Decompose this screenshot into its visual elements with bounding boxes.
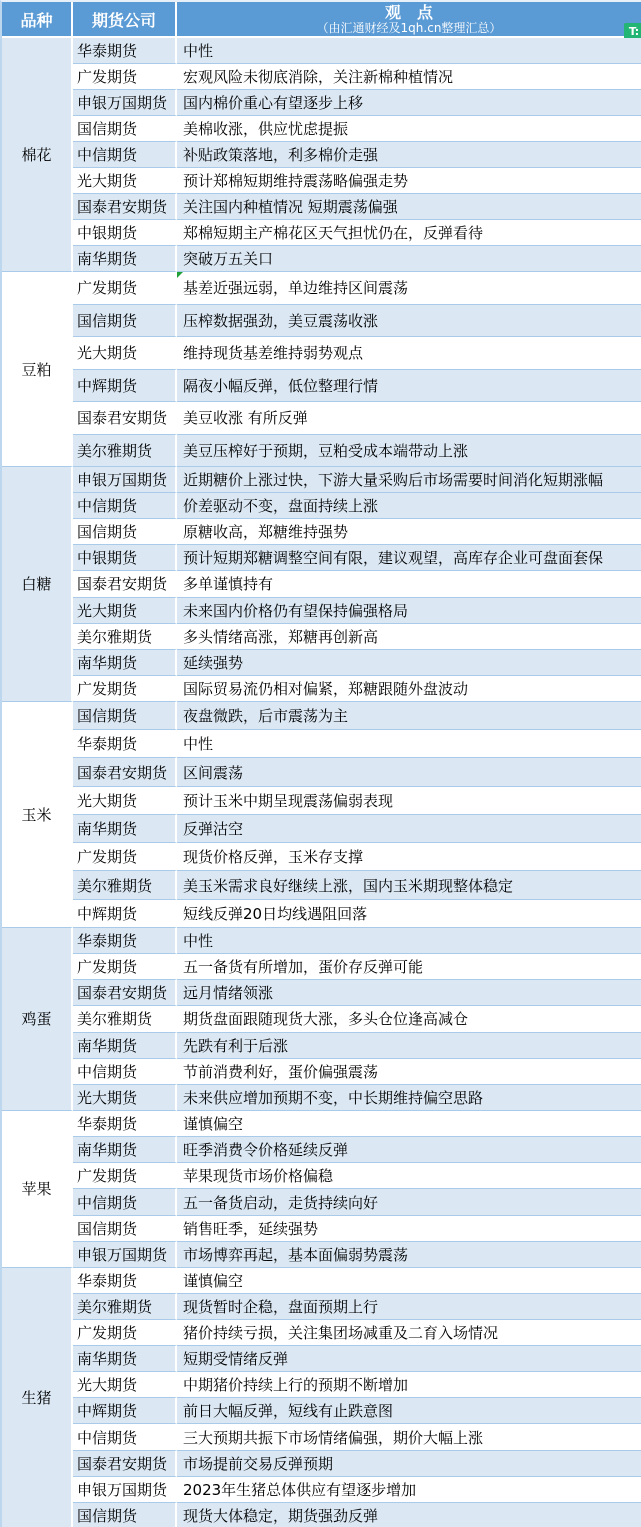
opinion-cell: 突破万五关口 [177,246,641,272]
opinion-text: 节前消费利好，蛋价偏强震荡 [183,1061,378,1082]
variety-cell: 棉花 [2,38,73,272]
opinion-text: 预计玉米中期呈现震荡偏弱表现 [183,790,393,811]
company-cell: 南华期货 [73,1137,177,1163]
opinion-text: 郑棉短期主产棉花区天气担忧仍在，反弹看待 [183,222,483,243]
opinion-cell: 未来国内价格仍有望保持偏强格局 [177,598,641,624]
variety-cell: 生猪 [2,1268,73,1527]
company-cell: 南华期货 [73,1033,177,1059]
company-cell: 光大期货 [73,1085,177,1111]
opinion-cell: 前日大幅反弹，短线有止跌意图 [177,1398,641,1424]
company-cell: 南华期货 [73,246,177,272]
opinion-text: 远月情绪领涨 [183,982,273,1003]
futures-opinions-table: 品种 期货公司 观 点 （由汇通财经及1qh.cn整理汇总） T: 棉花华泰期货… [0,0,641,1527]
opinion-cell: 三大预期共振下市场情绪偏强，期价大幅上涨 [177,1424,641,1450]
opinion-text: 美豆压榨好于预期，豆粕受成本端带动上涨 [183,440,468,461]
opinion-cell: 短线反弹20日均线遇阻回落 [177,900,641,928]
company-cell: 中信期货 [73,1059,177,1085]
company-cell: 南华期货 [73,650,177,676]
company-cell: 国信期货 [73,1216,177,1242]
opinion-cell: 五一备货启动，走货持续向好 [177,1189,641,1215]
opinion-text: 现货价格反弹，玉米存支撑 [183,846,363,867]
company-cell: 中信期货 [73,142,177,168]
company-cell: 国泰君安期货 [73,758,177,786]
commodity-section: 苹果华泰期货谨慎偏空南华期货旺季消费令价格延续反弹广发期货苹果现货市场价格偏稳中… [2,1111,641,1268]
opinion-text: 销售旺季，延续强势 [183,1218,318,1239]
variety-cell: 鸡蛋 [2,928,73,1111]
opinion-text: 延续强势 [183,652,243,673]
opinion-cell: 苹果现货市场价格偏稳 [177,1163,641,1189]
header-variety: 品种 [2,2,73,36]
opinion-cell: 补贴政策落地，利多棉价走强 [177,142,641,168]
opinion-text: 美棉收涨，供应忧虑提振 [183,118,348,139]
company-cell: 国泰君安期货 [73,980,177,1006]
opinion-text: 中性 [183,930,213,951]
company-cell: 南华期货 [73,1346,177,1372]
opinion-cell: 关注国内种植情况 短期震荡偏强 [177,194,641,220]
opinion-text: 谨慎偏空 [183,1113,243,1134]
opinion-cell: 原糖收高，郑糖维持强势 [177,519,641,545]
company-cell: 华泰期货 [73,1111,177,1137]
opinion-cell: 期货盘面跟随现货大涨，多头仓位逢高减仓 [177,1006,641,1032]
company-cell: 国泰君安期货 [73,571,177,597]
opinion-cell: 先跌有利于后涨 [177,1033,641,1059]
company-cell: 广发期货 [73,1163,177,1189]
opinion-text: 隔夜小幅反弹，低位整理行情 [183,375,378,396]
opinion-cell: 2023年生猪总体供应有望逐步增加 [177,1477,641,1503]
opinion-text: 压榨数据强劲，美豆震荡收涨 [183,310,378,331]
header-opinion-title: 观 点 [385,5,433,21]
header-opinion: 观 点 （由汇通财经及1qh.cn整理汇总） T: [177,2,641,36]
opinion-cell: 宏观风险未彻底消除，关注新棉种植情况 [177,64,641,90]
opinion-cell: 预计玉米中期呈现震荡偏弱表现 [177,787,641,815]
opinion-cell: 远月情绪领涨 [177,980,641,1006]
commodity-section: 豆粕广发期货基差近强远弱，单边维持区间震荡国信期货压榨数据强劲，美豆震荡收涨光大… [2,272,641,467]
opinion-cell: 价差驱动不变，盘面持续上涨 [177,493,641,519]
company-cell: 广发期货 [73,64,177,90]
opinion-text: 短期受情绪反弹 [183,1348,288,1369]
opinion-cell: 维持现货基差维持弱势观点 [177,337,641,370]
company-cell: 中银期货 [73,220,177,246]
opinion-cell: 近期糖价上涨过快，下游大量采购后市场需要时间消化短期涨幅 [177,467,641,493]
opinion-text: 维持现货基差维持弱势观点 [183,342,363,363]
company-cell: 光大期货 [73,787,177,815]
opinion-cell: 中性 [177,928,641,954]
company-cell: 国泰君安期货 [73,194,177,220]
company-cell: 国泰君安期货 [73,1451,177,1477]
opinion-text: 市场提前交易反弹预期 [183,1453,333,1474]
opinion-text: 国内棉价重心有望逐步上移 [183,92,363,113]
opinion-cell: 美玉米需求良好继续上涨，国内玉米期现整体稳定 [177,871,641,899]
opinion-text: 多头情绪高涨，郑糖再创新高 [183,626,378,647]
company-cell: 光大期货 [73,337,177,370]
company-cell: 光大期货 [73,1372,177,1398]
opinion-cell: 预计短期郑糖调整空间有限，建议观望，高库存企业可盘面套保 [177,545,641,571]
company-cell: 申银万国期货 [73,1477,177,1503]
opinion-text: 多单谨慎持有 [183,573,273,594]
opinion-cell: 预计郑棉短期维持震荡略偏强走势 [177,168,641,194]
company-cell: 广发期货 [73,1320,177,1346]
commodity-section: 鸡蛋华泰期货中性广发期货五一备货有所增加，蛋价存反弹可能国泰君安期货远月情绪领涨… [2,928,641,1111]
opinion-text: 原糖收高，郑糖维持强势 [183,521,348,542]
company-cell: 华泰期货 [73,928,177,954]
table-body: 棉花华泰期货中性广发期货宏观风险未彻底消除，关注新棉种植情况申银万国期货国内棉价… [2,38,641,1527]
company-cell: 广发期货 [73,954,177,980]
opinion-text: 中期猪价持续上行的预期不断增加 [183,1374,408,1395]
company-cell: 光大期货 [73,168,177,194]
company-cell: 南华期货 [73,815,177,843]
opinion-cell: 五一备货有所增加，蛋价存反弹可能 [177,954,641,980]
opinion-cell: 国际贸易流仍相对偏紧，郑糖跟随外盘波动 [177,676,641,702]
opinion-cell: 未来供应增加预期不变，中长期维持偏空思路 [177,1085,641,1111]
company-cell: 美尔雅期货 [73,624,177,650]
company-cell: 申银万国期货 [73,467,177,493]
opinion-cell: 国内棉价重心有望逐步上移 [177,90,641,116]
opinion-cell: 节前消费利好，蛋价偏强震荡 [177,1059,641,1085]
company-cell: 国信期货 [73,519,177,545]
company-cell: 广发期货 [73,843,177,871]
opinion-cell: 中期猪价持续上行的预期不断增加 [177,1372,641,1398]
commodity-section: 白糖申银万国期货近期糖价上涨过快，下游大量采购后市场需要时间消化短期涨幅中信期货… [2,467,641,702]
opinion-text: 中性 [183,733,213,754]
opinion-text: 先跌有利于后涨 [183,1035,288,1056]
opinion-cell: 中性 [177,38,641,64]
opinion-cell: 多单谨慎持有 [177,571,641,597]
opinion-text: 价差驱动不变，盘面持续上涨 [183,495,378,516]
company-cell: 中辉期货 [73,900,177,928]
opinion-text: 五一备货有所增加，蛋价存反弹可能 [183,956,423,977]
company-cell: 华泰期货 [73,38,177,64]
opinion-cell: 郑棉短期主产棉花区天气担忧仍在，反弹看待 [177,220,641,246]
opinion-cell: 现货大体稳定，期货强劲反弹 [177,1503,641,1527]
opinion-text: 市场博弈再起，基本面偏弱势震荡 [183,1244,408,1265]
opinion-cell: 猪价持续亏损，关注集团场减重及二育入场情况 [177,1320,641,1346]
company-cell: 美尔雅期货 [73,1006,177,1032]
opinion-cell: 现货暂时企稳，盘面预期上行 [177,1294,641,1320]
cell-comment-marker-icon [177,272,183,278]
company-cell: 中信期货 [73,1189,177,1215]
company-cell: 美尔雅期货 [73,435,177,468]
company-cell: 国信期货 [73,1503,177,1527]
company-cell: 申银万国期货 [73,90,177,116]
opinion-cell: 现货价格反弹，玉米存支撑 [177,843,641,871]
company-cell: 中信期货 [73,493,177,519]
header-opinion-subtitle: （由汇通财经及1qh.cn整理汇总） [317,22,502,34]
opinion-text: 苹果现货市场价格偏稳 [183,1165,333,1186]
company-cell: 华泰期货 [73,730,177,758]
opinion-text: 美玉米需求良好继续上涨，国内玉米期现整体稳定 [183,875,513,896]
company-cell: 光大期货 [73,598,177,624]
company-cell: 申银万国期货 [73,1242,177,1268]
opinion-cell: 短期受情绪反弹 [177,1346,641,1372]
opinion-text: 关注国内种植情况 短期震荡偏强 [183,196,398,217]
variety-cell: 白糖 [2,467,73,702]
opinion-text: 补贴政策落地，利多棉价走强 [183,144,378,165]
opinion-cell: 中性 [177,730,641,758]
opinion-text: 三大预期共振下市场情绪偏强，期价大幅上涨 [183,1427,483,1448]
company-cell: 国泰君安期货 [73,402,177,435]
opinion-cell: 夜盘微跌，后市震荡为主 [177,702,641,730]
opinion-cell: 美棉收涨，供应忧虑提振 [177,116,641,142]
company-cell: 广发期货 [73,272,177,305]
company-cell: 中信期货 [73,1424,177,1450]
opinion-text: 预计短期郑糖调整空间有限，建议观望，高库存企业可盘面套保 [183,547,603,568]
opinion-text: 国际贸易流仍相对偏紧，郑糖跟随外盘波动 [183,678,468,699]
company-cell: 美尔雅期货 [73,871,177,899]
opinion-text: 五一备货启动，走货持续向好 [183,1192,378,1213]
commodity-section: 玉米国信期货夜盘微跌，后市震荡为主华泰期货中性国泰君安期货区间震荡光大期货预计玉… [2,702,641,928]
opinion-cell: 多头情绪高涨，郑糖再创新高 [177,624,641,650]
opinion-cell: 谨慎偏空 [177,1111,641,1137]
company-cell: 广发期货 [73,676,177,702]
opinion-text: 预计郑棉短期维持震荡略偏强走势 [183,170,408,191]
commodity-section: 生猪华泰期货谨慎偏空美尔雅期货现货暂时企稳，盘面预期上行广发期货猪价持续亏损，关… [2,1268,641,1527]
table-header: 品种 期货公司 观 点 （由汇通财经及1qh.cn整理汇总） T: [2,2,641,38]
opinion-cell: 市场博弈再起，基本面偏弱势震荡 [177,1242,641,1268]
variety-cell: 玉米 [2,702,73,928]
opinion-cell: 美豆收涨 有所反弹 [177,402,641,435]
company-cell: 华泰期货 [73,1268,177,1294]
company-cell: 美尔雅期货 [73,1294,177,1320]
opinion-text: 美豆收涨 有所反弹 [183,407,308,428]
opinion-cell: 压榨数据强劲，美豆震荡收涨 [177,305,641,338]
opinion-text: 旺季消费令价格延续反弹 [183,1139,348,1160]
opinion-text: 宏观风险未彻底消除，关注新棉种植情况 [183,66,453,87]
opinion-text: 未来国内价格仍有望保持偏强格局 [183,600,408,621]
opinion-cell: 谨慎偏空 [177,1268,641,1294]
opinion-cell: 销售旺季，延续强势 [177,1216,641,1242]
opinion-cell: 区间震荡 [177,758,641,786]
commodity-section: 棉花华泰期货中性广发期货宏观风险未彻底消除，关注新棉种植情况申银万国期货国内棉价… [2,38,641,272]
opinion-text: 基差近强远弱，单边维持区间震荡 [183,277,408,298]
opinion-cell: 旺季消费令价格延续反弹 [177,1137,641,1163]
opinion-text: 2023年生猪总体供应有望逐步增加 [183,1479,416,1500]
company-cell: 中辉期货 [73,1398,177,1424]
company-cell: 中银期货 [73,545,177,571]
opinion-text: 近期糖价上涨过快，下游大量采购后市场需要时间消化短期涨幅 [183,469,603,490]
company-cell: 国信期货 [73,702,177,730]
opinion-text: 猪价持续亏损，关注集团场减重及二育入场情况 [183,1322,498,1343]
opinion-cell: 延续强势 [177,650,641,676]
opinion-text: 谨慎偏空 [183,1270,243,1291]
opinion-text: 突破万五关口 [183,248,273,269]
opinion-text: 反弹沽空 [183,818,243,839]
opinion-cell: 基差近强远弱，单边维持区间震荡 [177,272,641,305]
company-cell: 中辉期货 [73,370,177,403]
opinion-text: 前日大幅反弹，短线有止跌意图 [183,1400,393,1421]
opinion-cell: 美豆压榨好于预期，豆粕受成本端带动上涨 [177,435,641,468]
header-company: 期货公司 [73,2,177,36]
opinion-text: 中性 [183,40,213,61]
variety-cell: 豆粕 [2,272,73,467]
opinion-cell: 反弹沽空 [177,815,641,843]
opinion-text: 现货大体稳定，期货强劲反弹 [183,1505,378,1526]
company-cell: 国信期货 [73,305,177,338]
variety-cell: 苹果 [2,1111,73,1268]
opinion-text: 区间震荡 [183,762,243,783]
opinion-text: 夜盘微跌，后市震荡为主 [183,705,348,726]
opinion-text: 未来供应增加预期不变，中长期维持偏空思路 [183,1087,483,1108]
opinion-text: 现货暂时企稳，盘面预期上行 [183,1296,378,1317]
opinion-text: 期货盘面跟随现货大涨，多头仓位逢高减仓 [183,1008,468,1029]
company-cell: 国信期货 [73,116,177,142]
opinion-cell: 市场提前交易反弹预期 [177,1451,641,1477]
opinion-text: 短线反弹20日均线遇阻回落 [183,903,367,924]
opinion-cell: 隔夜小幅反弹，低位整理行情 [177,370,641,403]
